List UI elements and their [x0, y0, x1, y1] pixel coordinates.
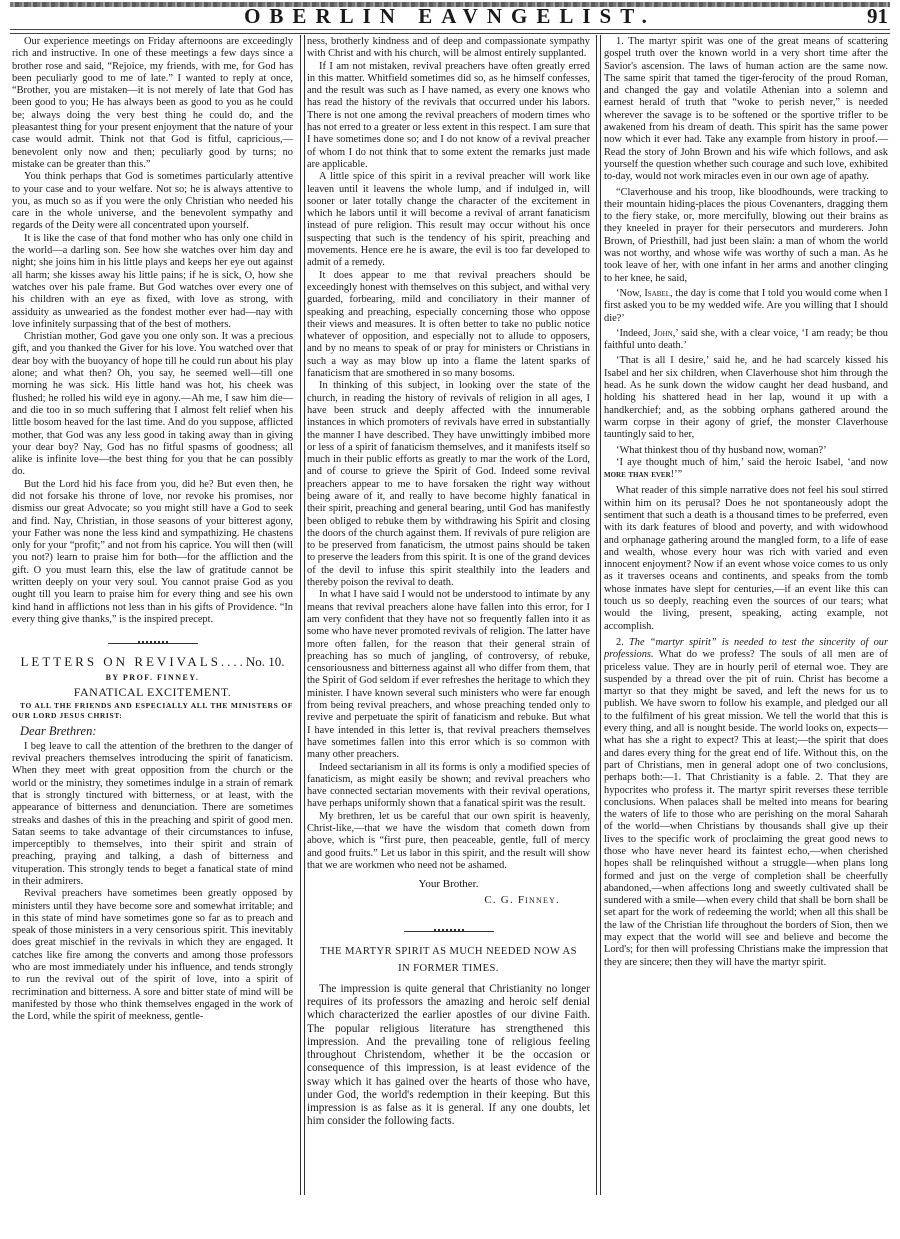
letter-paragraph: My brethren, let us be careful that our …: [307, 811, 590, 872]
martyr-paragraph: 2. The “martyr spirit” is needed to test…: [604, 637, 888, 969]
article-paragraph: Our experience meetings on Friday aftern…: [12, 36, 293, 171]
letter-paragraph: It does appear to me that revival preach…: [307, 270, 590, 381]
masthead-rule: [10, 29, 890, 34]
dialogue-paragraph: ‘Now, Isabel, the day is come that I tol…: [604, 288, 888, 325]
ornamental-divider: [307, 923, 590, 935]
article-paragraph: You think perhaps that God is sometimes …: [12, 171, 293, 232]
dialogue-text: ‘Now,: [616, 288, 644, 299]
martyr-paragraph: 1. The martyr spirit was one of the grea…: [604, 36, 888, 184]
column-1: Our experience meetings on Friday aftern…: [12, 36, 293, 1024]
column-3: 1. The martyr spirit was one of the grea…: [604, 36, 888, 969]
column-2: ness, brotherly kindness and of deep and…: [307, 36, 590, 1128]
dialogue-name: Isabel: [644, 288, 670, 299]
letter-paragraph: In what I have said I would not be under…: [307, 589, 590, 761]
dialogue-paragraph: ‘What thinkest thou of thy husband now, …: [604, 445, 888, 457]
page-number: 91: [867, 5, 888, 27]
letter-signature: C. G. Finney.: [307, 894, 560, 906]
letter-subheading: FANATICAL EXCITEMENT.: [12, 686, 293, 698]
article-paragraph: Christian mother, God gave you one only …: [12, 331, 293, 479]
byline: BY PROF. FINNEY.: [12, 672, 293, 684]
dialogue-text: ‘Indeed,: [616, 328, 653, 339]
masthead: OBERLIN EAVNGELIST. 91: [0, 5, 900, 27]
letter-paragraph: I beg leave to call the attention of the…: [12, 741, 293, 889]
column-separator: [300, 35, 305, 1195]
letter-paragraph: In thinking of this subject, in looking …: [307, 380, 590, 589]
dialogue-paragraph: ‘I aye thought much of him,’ said the he…: [604, 457, 888, 482]
letter-paragraph: If I am not mistaken, revival preachers …: [307, 61, 590, 172]
letter-paragraph: Revival preachers have sometimes been gr…: [12, 888, 293, 1023]
martyr-intro-paragraph: The impression is quite general that Chr…: [307, 983, 590, 1128]
point-text: What do we profess? The souls of all men…: [604, 649, 888, 967]
newspaper-title: OBERLIN EAVNGELIST.: [0, 5, 900, 27]
letter-address: TO ALL THE FRIENDS AND ESPECIALLY ALL TH…: [12, 701, 293, 721]
letter-closing: Your Brother.: [307, 878, 590, 890]
article-paragraph: But the Lord hid his face from you, did …: [12, 479, 293, 627]
dialogue-paragraph: ‘Indeed, John,’ said she, with a clear v…: [604, 328, 888, 353]
letters-heading: LETTERS ON REVIVALS....No. 10.: [12, 656, 293, 668]
dialogue-text: ‘I aye thought much of him,’ said the he…: [616, 457, 888, 468]
martyr-heading: THE MARTYR SPIRIT AS MUCH NEEDED NOW AS …: [307, 943, 590, 977]
point-number: 2.: [616, 637, 629, 648]
letter-paragraph: Indeed sectarianism in all its forms is …: [307, 762, 590, 811]
dialogue-emphasis: more than ever: [604, 469, 671, 480]
martyr-paragraph: “Claverhouse and his troop, like bloodho…: [604, 187, 888, 285]
letters-number: No. 10.: [246, 654, 285, 669]
article-paragraph: It is like the case of that fond mother …: [12, 233, 293, 331]
dialogue-paragraph: ‘That is all I desire,’ said he, and he …: [604, 355, 888, 441]
letter-paragraph: A little spice of this spirit in a reviv…: [307, 171, 590, 269]
martyr-heading-line2: IN FORMER TIMES.: [307, 960, 590, 977]
letters-heading-text: LETTERS ON REVIVALS....: [20, 654, 245, 669]
dialogue-name: John: [653, 328, 672, 339]
ornamental-divider: [12, 635, 293, 647]
salutation: Dear Brethren:: [20, 725, 293, 737]
letter-paragraph: ness, brotherly kindness and of deep and…: [307, 36, 590, 61]
martyr-heading-line1: THE MARTYR SPIRIT AS MUCH NEEDED NOW AS: [307, 943, 590, 960]
martyr-paragraph: What reader of this simple narrative doe…: [604, 485, 888, 633]
column-separator: [596, 35, 601, 1195]
dialogue-text: !’”: [671, 469, 683, 480]
